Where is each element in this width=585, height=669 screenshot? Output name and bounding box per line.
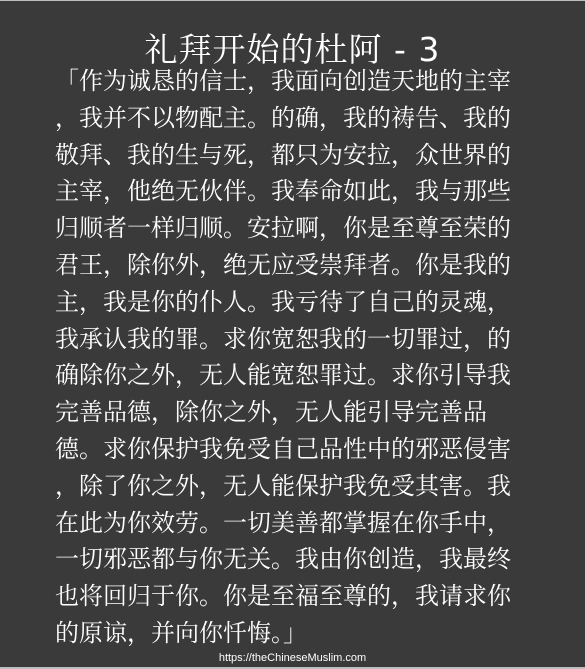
text-line: 一切邪恶都与你无关。我由你创造，我最终 [55,541,525,578]
text-line: 也将回归于你。你是至福至尊的，我请求你 [55,578,525,615]
text-line: 主宰，他绝无伙伴。我奉命如此，我与那些 [55,173,525,210]
text-line: 主，我是你的仆人。我亏待了自己的灵魂， [55,284,525,321]
text-line: ，我并不以物配主。的确，我的祷告、我的 [55,100,525,137]
page: 礼拜开始的杜阿 - 3 「作为诚恳的信士，我面向创造天地的主宰 ，我并不以物配主… [0,1,585,667]
text-line: 的原谅，并向你忏悔。」 [55,615,525,652]
text-line: 敬拜、我的生与死，都只为安拉，众世界的 [55,137,525,174]
website-url: https://theChineseMuslim.com [0,651,585,665]
text-line: 君王，除你外，绝无应受崇拜者。你是我的 [55,247,525,284]
dua-text: 「作为诚恳的信士，我面向创造天地的主宰 ，我并不以物配主。的确，我的祷告、我的 … [55,63,525,652]
text-line: 在此为你效劳。一切美善都掌握在你手中， [55,505,525,542]
text-line: 「作为诚恳的信士，我面向创造天地的主宰 [55,63,525,100]
text-line: ，除了你之外，无人能保护我免受其害。我 [55,468,525,505]
text-line: 确除你之外，无人能宽恕罪过。求你引导我 [55,357,525,394]
text-line: 德。求你保护我免受自己品性中的邪恶侵害 [55,431,525,468]
text-line: 我承认我的罪。求你宽恕我的一切罪过，的 [55,321,525,358]
text-line: 归顺者一样归顺。安拉啊，你是至尊至荣的 [55,210,525,247]
text-line: 完善品德，除你之外，无人能引导完善品 [55,394,525,431]
